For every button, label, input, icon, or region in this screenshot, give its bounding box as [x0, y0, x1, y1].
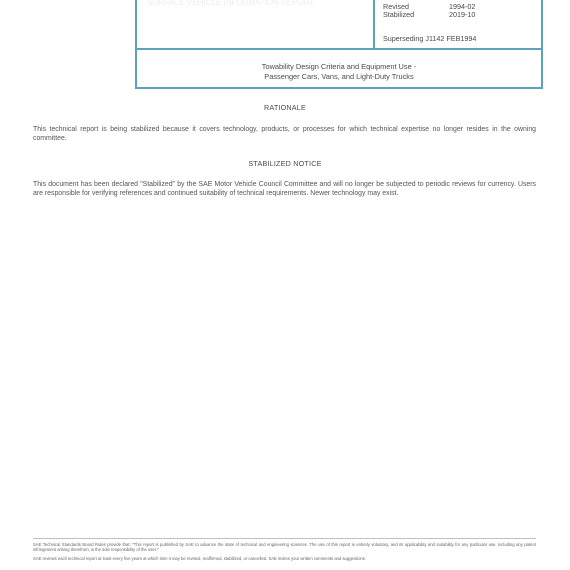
document-title-line-2: Passenger Cars, Vans, and Light-Duty Tru… — [137, 72, 541, 82]
footer-rules-paragraph: SAE Technical Standards Board Rules prov… — [33, 542, 536, 552]
header-document-type-cell: SURFACE VEHICLE INFORMATION REPORT — [137, 0, 375, 48]
rationale-paragraph: This technical report is being stabilize… — [33, 126, 536, 143]
header-top-row: SURFACE VEHICLE INFORMATION REPORT Revis… — [137, 0, 541, 50]
document-title: Towability Design Criteria and Equipment… — [137, 62, 541, 81]
footer-divider — [33, 538, 536, 539]
document-header-box: SURFACE VEHICLE INFORMATION REPORT Revis… — [135, 0, 543, 89]
superseding-text: Superseding J1142 FEB1994 — [383, 34, 476, 43]
footer-review-paragraph: SAE reviews each technical report at lea… — [33, 556, 536, 561]
rationale-heading: RATIONALE — [0, 103, 570, 112]
stabilized-label: Stabilized — [383, 10, 449, 19]
document-title-line-1: Towability Design Criteria and Equipment… — [137, 62, 541, 72]
header-metadata-cell: Revised1994-02 Stabilized2019-10 Superse… — [375, 0, 541, 48]
document-type-label: SURFACE VEHICLE INFORMATION REPORT — [147, 0, 314, 7]
stabilized-row: Stabilized2019-10 — [383, 10, 475, 19]
stabilized-notice-paragraph: This document has been declared "Stabili… — [33, 181, 536, 198]
stabilized-value: 2019-10 — [449, 10, 475, 19]
stabilized-notice-heading: STABILIZED NOTICE — [0, 159, 570, 168]
